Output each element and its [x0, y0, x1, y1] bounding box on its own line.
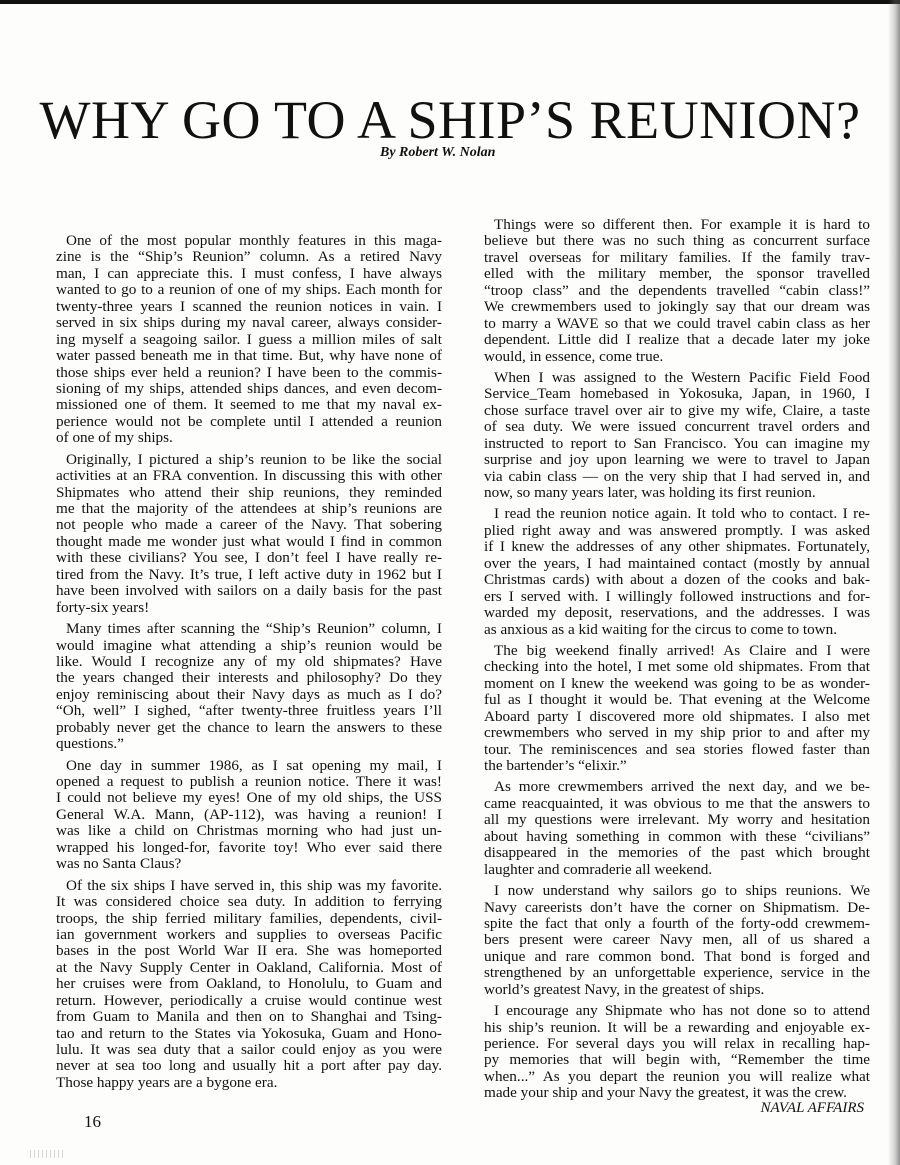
- paragraph: One day in summer 1986, as I sat opening…: [56, 758, 442, 873]
- text-line: py memories that will begin with, “Remem…: [484, 1052, 870, 1068]
- text-line: Service_Team homebased in Yokosuka, Japa…: [484, 386, 870, 402]
- text-line: not people who made a career of the Navy…: [56, 517, 442, 533]
- page-edge-shadow: [888, 0, 900, 1165]
- text-line: of one of my ships.: [56, 430, 442, 446]
- text-line: about having something in common with th…: [484, 829, 870, 845]
- text-line: checking into the hotel, I met some old …: [484, 659, 870, 675]
- text-line: I now understand why sailors go to ships…: [484, 883, 870, 899]
- text-line: all my questions were irrelevant. My wor…: [484, 812, 870, 828]
- article-title: WHY GO TO A SHIP’S REUNION?: [0, 90, 900, 150]
- text-line: of sea duty. We were issued concurrent t…: [484, 419, 870, 435]
- text-line: the bartender’s “elixir.”: [484, 758, 870, 774]
- text-line: would imagine what attending a ship’s re…: [56, 638, 442, 654]
- paragraph: Many times after scanning the “Ship’s Re…: [56, 621, 442, 753]
- text-line: bases in the post World War II era. She …: [56, 943, 442, 959]
- text-line: believe but there was no such thing as c…: [484, 233, 870, 249]
- text-line: forty-six years!: [56, 600, 442, 616]
- text-line: ers I served with. I willingly followed …: [484, 589, 870, 605]
- text-line: moment on I knew the weekend was going t…: [484, 676, 870, 692]
- text-line: Originally, I pictured a ship’s reunion …: [56, 452, 442, 468]
- text-line: Shipmates who attend their ship reunions…: [56, 485, 442, 501]
- right-column: Things were so different then. For examp…: [484, 217, 870, 1102]
- left-column: One of the most popular monthly features…: [56, 233, 442, 1091]
- text-line: chose surface travel over air to give my…: [484, 403, 870, 419]
- publication-name: NAVAL AFFAIRS: [760, 1100, 864, 1117]
- text-line: sioning of my ships, attended ships danc…: [56, 381, 442, 397]
- text-line: man, I can appreciate this. I must confe…: [56, 266, 442, 282]
- page-number: 16: [84, 1112, 101, 1132]
- text-line: would, in essence, come true.: [484, 349, 870, 365]
- text-line: thought made me wonder just what would I…: [56, 534, 442, 550]
- text-line: Aboard party I discovered more old shipm…: [484, 709, 870, 725]
- text-line: tired from the Navy. It’s true, I left a…: [56, 567, 442, 583]
- text-line: We crewmembers used to jokingly say that…: [484, 299, 870, 315]
- text-line: probably never get the chance to learn t…: [56, 720, 442, 736]
- text-line: The big weekend finally arrived! As Clai…: [484, 643, 870, 659]
- paragraph: Things were so different then. For examp…: [484, 217, 870, 365]
- text-line: I encourage any Shipmate who has not don…: [484, 1003, 870, 1019]
- text-line: zine is the “Ship’s Reunion” column. As …: [56, 249, 442, 265]
- text-line: the years changed their interests and ph…: [56, 670, 442, 686]
- text-line: disappeared in the memories of the past …: [484, 845, 870, 861]
- text-line: unique and rare common bond. That bond i…: [484, 949, 870, 965]
- text-line: was like a child on Christmas morning wh…: [56, 823, 442, 839]
- paragraph: Of the six ships I have served in, this …: [56, 878, 442, 1092]
- text-line: at the Navy Supply Center in Oakland, Ca…: [56, 960, 442, 976]
- text-line: I could not believe my eyes! One of my o…: [56, 790, 442, 806]
- text-line: her cruises were from Oakland, to Honolu…: [56, 976, 442, 992]
- text-line: ing myself a seagoing sailor. I guess a …: [56, 332, 442, 348]
- text-line: to marry a WAVE so that we could travel …: [484, 316, 870, 332]
- text-line: was no Santa Claus?: [56, 856, 442, 872]
- top-border-rule: [0, 0, 900, 4]
- paragraph: One of the most popular monthly features…: [56, 233, 442, 447]
- text-line: General W.A. Mann, (AP-112), was having …: [56, 807, 442, 823]
- paragraph: I read the reunion notice again. It told…: [484, 506, 870, 638]
- text-line: wrapped his longed-for, favorite toy! Wh…: [56, 840, 442, 856]
- text-line: questions.”: [56, 736, 442, 752]
- text-line: never at sea too long and usually hit a …: [56, 1058, 442, 1074]
- text-line: “troop class” and the dependents travell…: [484, 283, 870, 299]
- paragraph: When I was assigned to the Western Pacif…: [484, 370, 870, 502]
- text-line: crewmembers who served in my ship prior …: [484, 725, 870, 741]
- text-line: perience. For several days you will rela…: [484, 1036, 870, 1052]
- text-line: laughter and comraderie all weekend.: [484, 862, 870, 878]
- text-line: When I was assigned to the Western Pacif…: [484, 370, 870, 386]
- text-line: troops, the ship ferried military famili…: [56, 911, 442, 927]
- text-line: spite the fact that only a fourth of the…: [484, 916, 870, 932]
- text-line: when...” As you depart the reunion you w…: [484, 1069, 870, 1085]
- text-line: bers present were career Navy men, all o…: [484, 932, 870, 948]
- text-line: surprise and joy upon learning we were t…: [484, 452, 870, 468]
- text-line: It was considered choice sea duty. In ad…: [56, 894, 442, 910]
- text-line: via cabin class — on the very ship that …: [484, 469, 870, 485]
- text-line: tao and return to the States via Yokosuk…: [56, 1026, 442, 1042]
- text-line: I read the reunion notice again. It told…: [484, 506, 870, 522]
- paragraph: As more crewmembers arrived the next day…: [484, 779, 870, 878]
- text-line: tour. The reminiscences and sea stories …: [484, 742, 870, 758]
- text-line: plied right away and was answered prompt…: [484, 523, 870, 539]
- text-line: enjoy reminiscing about their Navy days …: [56, 687, 442, 703]
- text-line: opened a request to publish a reunion no…: [56, 774, 442, 790]
- text-line: Christmas cards) with about a dozen of t…: [484, 572, 870, 588]
- text-line: as anxious as a kid waiting for the circ…: [484, 622, 870, 638]
- text-line: me that the majority of the attendees at…: [56, 501, 442, 517]
- text-line: now, so many years later, was holding it…: [484, 485, 870, 501]
- text-line: Many times after scanning the “Ship’s Re…: [56, 621, 442, 637]
- text-line: twenty-three years I scanned the reunion…: [56, 299, 442, 315]
- text-line: instructed to report to San Francisco. Y…: [484, 436, 870, 452]
- text-line: elled with the military member, the spon…: [484, 266, 870, 282]
- text-line: warded my deposit, reservations, and the…: [484, 605, 870, 621]
- text-line: One of the most popular monthly features…: [56, 233, 442, 249]
- text-line: Navy careerists don’t have the corner on…: [484, 900, 870, 916]
- text-line: lulu. It was sea duty that a sailor coul…: [56, 1042, 442, 1058]
- paragraph: Originally, I pictured a ship’s reunion …: [56, 452, 442, 616]
- text-line: Those happy years are a bygone era.: [56, 1075, 442, 1091]
- text-line: if I knew the addresses of any other shi…: [484, 539, 870, 555]
- text-line: return. However, periodically a cruise w…: [56, 993, 442, 1009]
- text-line: over the years, I had maintained contact…: [484, 556, 870, 572]
- paragraph: I now understand why sailors go to ships…: [484, 883, 870, 998]
- text-line: have been involved with sailors on a dai…: [56, 583, 442, 599]
- text-line: water passed beneath me in that time. Bu…: [56, 348, 442, 364]
- scan-speck: [30, 1150, 64, 1158]
- text-line: Of the six ships I have served in, this …: [56, 878, 442, 894]
- text-line: missioned one of them. It seemed to me t…: [56, 397, 442, 413]
- text-line: wanted to go to a reunion of one of my s…: [56, 282, 442, 298]
- text-line: ian government workers and supplies to o…: [56, 927, 442, 943]
- article-byline: By Robert W. Nolan: [380, 145, 495, 161]
- text-line: dependent. Little did I realize that a d…: [484, 332, 870, 348]
- text-line: with these civilians? You see, I don’t f…: [56, 550, 442, 566]
- text-line: those ships ever held a reunion? I have …: [56, 365, 442, 381]
- paragraph: I encourage any Shipmate who has not don…: [484, 1003, 870, 1102]
- text-line: Things were so different then. For examp…: [484, 217, 870, 233]
- text-line: served in six ships during my naval care…: [56, 315, 442, 331]
- text-line: from Guam to Manila and then on to Shang…: [56, 1009, 442, 1025]
- text-line: activities at an FRA convention. In disc…: [56, 468, 442, 484]
- text-line: ful as I thought it would be. That eveni…: [484, 692, 870, 708]
- text-line: One day in summer 1986, as I sat opening…: [56, 758, 442, 774]
- text-line: like. Would I recognize any of my old sh…: [56, 654, 442, 670]
- text-line: world’s greatest Navy, in the greatest o…: [484, 982, 870, 998]
- text-line: travel overseas for military families. I…: [484, 250, 870, 266]
- text-line: perience would not be complete until I a…: [56, 414, 442, 430]
- paragraph: The big weekend finally arrived! As Clai…: [484, 643, 870, 775]
- text-line: “Oh, well” I sighed, “after twenty-three…: [56, 703, 442, 719]
- text-line: strengthened by an unforgettable experie…: [484, 965, 870, 981]
- text-line: his ship’s reunion. It will be a rewardi…: [484, 1020, 870, 1036]
- text-line: As more crewmembers arrived the next day…: [484, 779, 870, 795]
- text-line: came reacquainted, it was obvious to me …: [484, 796, 870, 812]
